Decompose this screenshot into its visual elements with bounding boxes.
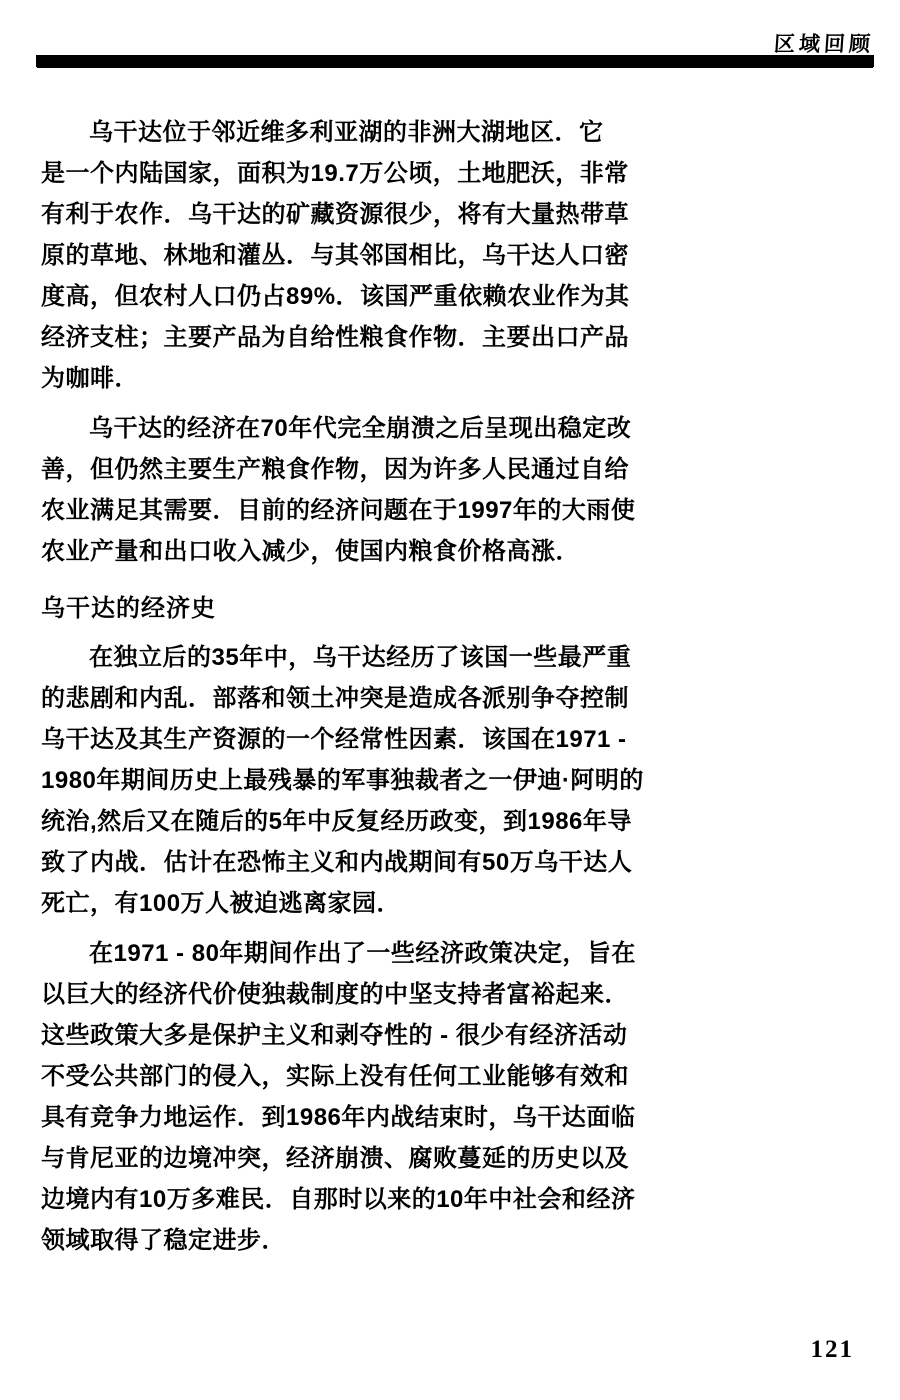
text-line: 乌干达及其生产资源的一个经常性因素．该国在1971 -	[41, 719, 593, 760]
paragraph-policy-decisions: 在1971 - 80年期间作出了一些经济政策决定，旨在 以巨大的经济代价使独裁制…	[41, 933, 593, 1261]
text-line: 是一个内陆国家，面积为19.7万公顷，土地肥沃，非常	[41, 153, 593, 194]
text-line: 这些政策大多是保护主义和剥夺性的 - 很少有经济活动	[41, 1015, 593, 1056]
header-rule	[36, 55, 874, 67]
text-line: 乌干达位于邻近维多利亚湖的非洲大湖地区．它	[41, 112, 593, 153]
text-line: 农业产量和出口收入减少，使国内粮食价格高涨．	[41, 531, 593, 572]
text-line: 1980年期间历史上最残暴的军事独裁者之一伊迪·阿明的	[41, 760, 593, 801]
text-line: 在独立后的35年中，乌干达经历了该国一些最严重	[41, 637, 593, 678]
text-line: 具有竞争力地运作．到1986年内战结束时，乌干达面临	[41, 1097, 593, 1138]
text-line: 善，但仍然主要生产粮食作物，因为许多人民通过自给	[41, 449, 593, 490]
text-line: 经济支柱；主要产品为自给性粮食作物．主要出口产品	[41, 317, 593, 358]
text-line: 农业满足其需要．目前的经济问题在于1997年的大雨使	[41, 490, 593, 531]
paragraph-economy-recovery: 乌干达的经济在70年代完全崩溃之后呈现出稳定改 善，但仍然主要生产粮食作物，因为…	[41, 408, 593, 572]
text-line: 与肯尼亚的边境冲突，经济崩溃、腐败蔓延的历史以及	[41, 1138, 593, 1179]
document-page: 区域回顾 乌干达位于邻近维多利亚湖的非洲大湖地区．它 是一个内陆国家，面积为19…	[0, 0, 900, 1400]
body-text: 乌干达位于邻近维多利亚湖的非洲大湖地区．它 是一个内陆国家，面积为19.7万公顷…	[41, 112, 593, 1261]
text-line: 度高，但农村人口仍占89%．该国严重依赖农业作为其	[41, 276, 593, 317]
text-line: 为咖啡．	[41, 358, 593, 399]
text-line: 在1971 - 80年期间作出了一些经济政策决定，旨在	[41, 933, 593, 974]
text-line: 领域取得了稳定进步．	[41, 1220, 593, 1261]
text-line: 的悲剧和内乱．部落和领土冲突是造成各派别争夺控制	[41, 678, 593, 719]
text-line: 致了内战．估计在恐怖主义和内战期间有50万乌干达人	[41, 842, 593, 883]
text-line: 乌干达的经济在70年代完全崩溃之后呈现出稳定改	[41, 408, 593, 449]
text-line: 以巨大的经济代价使独裁制度的中坚支持者富裕起来．	[41, 974, 593, 1015]
text-line: 原的草地、林地和灌丛．与其邻国相比，乌干达人口密	[41, 235, 593, 276]
section-heading: 乌干达的经济史	[41, 588, 593, 629]
paragraph-economic-history: 在独立后的35年中，乌干达经历了该国一些最严重 的悲剧和内乱．部落和领土冲突是造…	[41, 637, 593, 924]
text-line: 统治,然后又在随后的5年中反复经历政变，到1986年导	[41, 801, 593, 842]
running-header: 区域回顾	[773, 28, 875, 58]
text-line: 不受公共部门的侵入，实际上没有任何工业能够有效和	[41, 1056, 593, 1097]
page-number: 121	[811, 1336, 855, 1364]
text-line: 死亡，有100万人被迫逃离家园．	[41, 883, 593, 924]
text-line: 有利于农作．乌干达的矿藏资源很少，将有大量热带草	[41, 194, 593, 235]
text-line: 边境内有10万多难民．自那时以来的10年中社会和经济	[41, 1179, 593, 1220]
paragraph-uganda-geography: 乌干达位于邻近维多利亚湖的非洲大湖地区．它 是一个内陆国家，面积为19.7万公顷…	[41, 112, 593, 399]
